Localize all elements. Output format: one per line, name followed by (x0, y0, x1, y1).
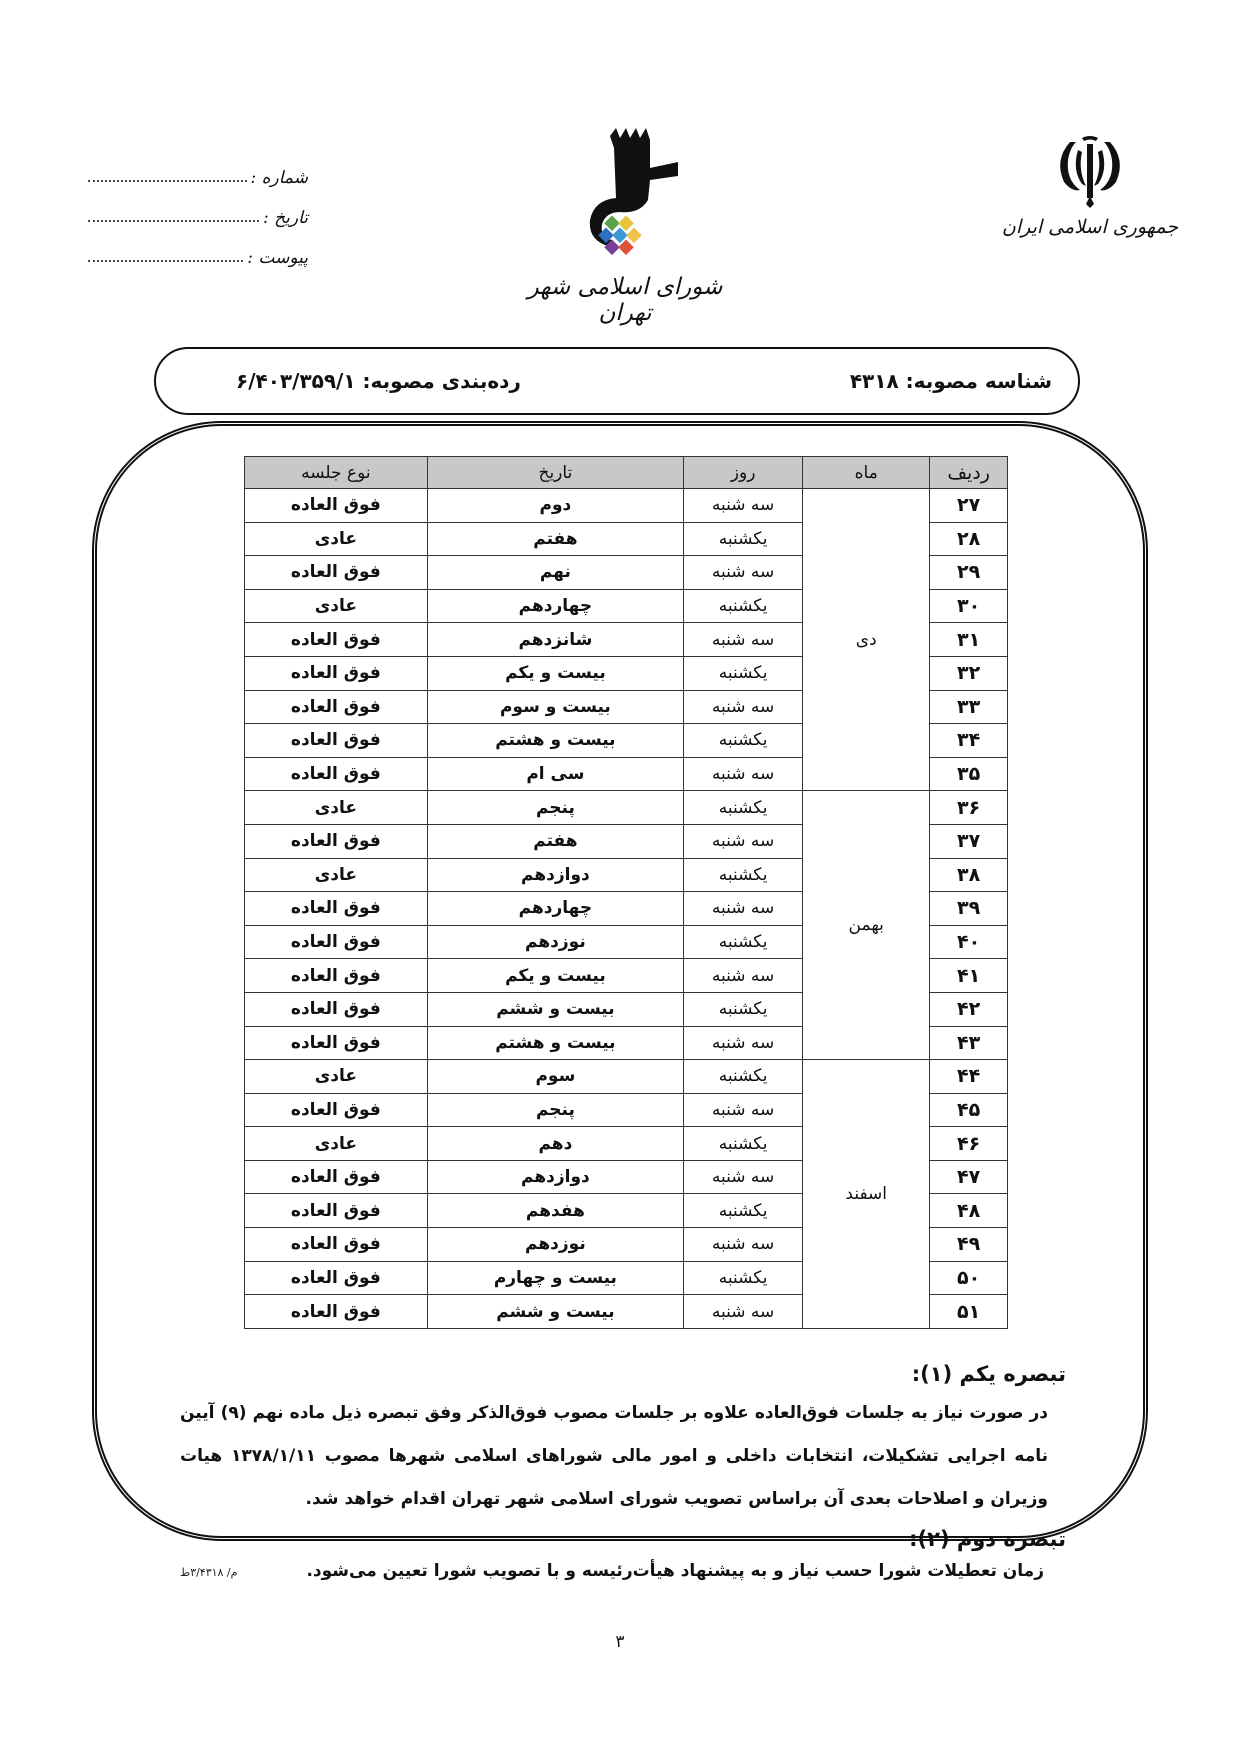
column-header-session-type: نوع جلسه (245, 457, 428, 489)
cell-day: یکشنبه (684, 1060, 803, 1094)
letter-number-field: شماره : (88, 148, 308, 188)
cell-day: یکشنبه (684, 522, 803, 556)
cell-day: یکشنبه (684, 1194, 803, 1228)
cell-date: بیست و هشتم (427, 724, 683, 758)
cell-session-type: فوق العاده (245, 1194, 428, 1228)
column-header-row-number: ردیف (930, 457, 1008, 489)
cell-row-number: ۳۹ (930, 892, 1008, 926)
cell-month: بهمن (803, 791, 930, 1060)
cell-day: سه شنبه (684, 892, 803, 926)
classification-label: رده‌بندی مصوبه: (363, 369, 521, 393)
tehran-council-logo: شورای اسلامی شهر تهران (520, 128, 730, 326)
resolution-classification: رده‌بندی مصوبه: ۶/۴۰۳/۳۵۹/۱ (236, 369, 521, 393)
cell-date: شانزدهم (427, 623, 683, 657)
table-row: ۴۴اسفندیکشنبهسومعادی (245, 1060, 1008, 1094)
cell-row-number: ۴۲ (930, 992, 1008, 1026)
cell-month: دی (803, 489, 930, 791)
resolution-id: شناسه مصوبه: ۴۳۱۸ (850, 369, 1052, 393)
letter-date-field: تاریخ : (88, 188, 308, 228)
cell-day: یکشنبه (684, 589, 803, 623)
cell-day: یکشنبه (684, 992, 803, 1026)
cell-date: پنجم (427, 791, 683, 825)
cell-month: اسفند (803, 1060, 930, 1329)
cell-row-number: ۴۰ (930, 925, 1008, 959)
cell-row-number: ۳۸ (930, 858, 1008, 892)
letter-meta-fields: شماره : تاریخ : پیوست : (88, 148, 308, 268)
note2-body: زمان تعطیلات شورا حسب نیاز و به پیشنهاد … (306, 1561, 1044, 1581)
dotted-line (88, 219, 259, 222)
cell-date: بیست و یکم (427, 959, 683, 993)
cell-date: سوم (427, 1060, 683, 1094)
cell-day: سه شنبه (684, 623, 803, 657)
cell-session-type: عادی (245, 1127, 428, 1161)
cell-session-type: فوق العاده (245, 757, 428, 791)
cell-date: هفتم (427, 824, 683, 858)
cell-session-type: فوق العاده (245, 623, 428, 657)
cell-date: بیست و هشتم (427, 1026, 683, 1060)
national-emblem: جمهوری اسلامی ایران (1000, 130, 1180, 238)
cell-date: پنجم (427, 1093, 683, 1127)
cell-day: یکشنبه (684, 791, 803, 825)
cell-date: دوازدهم (427, 1160, 683, 1194)
cell-session-type: فوق العاده (245, 1261, 428, 1295)
resolution-header: شناسه مصوبه: ۴۳۱۸ رده‌بندی مصوبه: ۶/۴۰۳/… (154, 347, 1080, 415)
emblem-caption: جمهوری اسلامی ایران (1000, 216, 1180, 238)
cell-row-number: ۳۳ (930, 690, 1008, 724)
cell-date: چهاردهم (427, 589, 683, 623)
cell-date: بیست و یکم (427, 656, 683, 690)
letter-attachment-label: پیوست : (243, 248, 308, 268)
cell-session-type: فوق العاده (245, 959, 428, 993)
column-header-date: تاریخ (427, 457, 683, 489)
cell-date: نهم (427, 556, 683, 590)
note2-line: زمان تعطیلات شورا حسب نیاز و به پیشنهاد … (180, 1561, 1044, 1581)
cell-date: دوم (427, 489, 683, 523)
table-body: ۲۷دیسه شنبهدومفوق العاده۲۸یکشنبههفتمعادی… (245, 489, 1008, 1329)
cell-date: بیست و ششم (427, 1295, 683, 1329)
session-schedule-table: ردیف ماه روز تاریخ نوع جلسه ۲۷دیسه شنبهد… (244, 456, 1008, 1329)
cell-day: سه شنبه (684, 556, 803, 590)
cell-date: هفدهم (427, 1194, 683, 1228)
reference-code: م/ ۳/۴۳۱۸ط (180, 1566, 237, 1579)
cell-row-number: ۴۹ (930, 1228, 1008, 1262)
cell-day: سه شنبه (684, 1160, 803, 1194)
cell-session-type: عادی (245, 1060, 428, 1094)
cell-day: یکشنبه (684, 724, 803, 758)
cell-day: یکشنبه (684, 1261, 803, 1295)
table-row: ۳۶بهمنیکشنبهپنجمعادی (245, 791, 1008, 825)
cell-session-type: فوق العاده (245, 992, 428, 1026)
cell-session-type: فوق العاده (245, 824, 428, 858)
cell-session-type: عادی (245, 791, 428, 825)
cell-row-number: ۴۷ (930, 1160, 1008, 1194)
cell-session-type: فوق العاده (245, 1026, 428, 1060)
cell-session-type: فوق العاده (245, 656, 428, 690)
cell-row-number: ۳۵ (930, 757, 1008, 791)
cell-row-number: ۲۹ (930, 556, 1008, 590)
cell-day: سه شنبه (684, 824, 803, 858)
cell-row-number: ۳۶ (930, 791, 1008, 825)
cell-date: دهم (427, 1127, 683, 1161)
cell-session-type: عادی (245, 589, 428, 623)
cell-session-type: فوق العاده (245, 1093, 428, 1127)
cell-session-type: فوق العاده (245, 1228, 428, 1262)
dotted-line (88, 259, 243, 262)
cell-row-number: ۳۲ (930, 656, 1008, 690)
council-calligraphy-icon (570, 128, 680, 268)
cell-date: دوازدهم (427, 858, 683, 892)
cell-date: سی ام (427, 757, 683, 791)
cell-row-number: ۳۷ (930, 824, 1008, 858)
cell-session-type: فوق العاده (245, 690, 428, 724)
cell-session-type: فوق العاده (245, 892, 428, 926)
cell-date: هفتم (427, 522, 683, 556)
cell-row-number: ۵۱ (930, 1295, 1008, 1329)
letter-number-label: شماره : (247, 168, 309, 188)
letter-attachment-field: پیوست : (88, 228, 308, 268)
cell-day: یکشنبه (684, 1127, 803, 1161)
cell-day: یکشنبه (684, 925, 803, 959)
column-header-day: روز (684, 457, 803, 489)
council-name: شورای اسلامی شهر تهران (520, 274, 730, 326)
cell-session-type: عادی (245, 522, 428, 556)
cell-day: سه شنبه (684, 1228, 803, 1262)
cell-row-number: ۴۵ (930, 1093, 1008, 1127)
cell-row-number: ۲۸ (930, 522, 1008, 556)
cell-day: سه شنبه (684, 1295, 803, 1329)
cell-day: سه شنبه (684, 757, 803, 791)
cell-date: چهاردهم (427, 892, 683, 926)
page-number: ۳ (0, 1632, 1240, 1652)
cell-row-number: ۳۰ (930, 589, 1008, 623)
dotted-line (88, 179, 247, 182)
resolution-id-label: شناسه مصوبه: (906, 369, 1052, 393)
table-header-row: ردیف ماه روز تاریخ نوع جلسه (245, 457, 1008, 489)
cell-day: سه شنبه (684, 959, 803, 993)
cell-day: یکشنبه (684, 858, 803, 892)
cell-session-type: فوق العاده (245, 489, 428, 523)
cell-day: سه شنبه (684, 489, 803, 523)
cell-row-number: ۴۶ (930, 1127, 1008, 1161)
cell-date: نوزدهم (427, 925, 683, 959)
iran-emblem-icon (1050, 130, 1130, 210)
resolution-id-value: ۴۳۱۸ (850, 369, 899, 393)
cell-day: سه شنبه (684, 690, 803, 724)
cell-row-number: ۴۳ (930, 1026, 1008, 1060)
cell-session-type: فوق العاده (245, 556, 428, 590)
cell-day: سه شنبه (684, 1093, 803, 1127)
cell-date: بیست و چهارم (427, 1261, 683, 1295)
cell-day: یکشنبه (684, 656, 803, 690)
cell-row-number: ۳۴ (930, 724, 1008, 758)
cell-session-type: فوق العاده (245, 1295, 428, 1329)
column-header-month: ماه (803, 457, 930, 489)
cell-date: نوزدهم (427, 1228, 683, 1262)
classification-value: ۶/۴۰۳/۳۵۹/۱ (236, 369, 356, 393)
letter-date-label: تاریخ : (259, 208, 308, 228)
note1-title: تبصره یکم (۱): (180, 1362, 1066, 1386)
cell-date: بیست و سوم (427, 690, 683, 724)
cell-session-type: فوق العاده (245, 925, 428, 959)
table-row: ۲۷دیسه شنبهدومفوق العاده (245, 489, 1008, 523)
cell-day: سه شنبه (684, 1026, 803, 1060)
cell-row-number: ۴۸ (930, 1194, 1008, 1228)
cell-session-type: عادی (245, 858, 428, 892)
cell-row-number: ۳۱ (930, 623, 1008, 657)
notes-section: تبصره یکم (۱): در صورت نیاز به جلسات فوق… (180, 1362, 1066, 1581)
cell-row-number: ۴۱ (930, 959, 1008, 993)
note1-body: در صورت نیاز به جلسات فوق‌العاده علاوه ب… (180, 1392, 1048, 1521)
cell-session-type: فوق العاده (245, 724, 428, 758)
cell-session-type: فوق العاده (245, 1160, 428, 1194)
cell-row-number: ۵۰ (930, 1261, 1008, 1295)
cell-date: بیست و ششم (427, 992, 683, 1026)
cell-row-number: ۲۷ (930, 489, 1008, 523)
note2-title: تبصره دوم (۲): (180, 1527, 1066, 1551)
cell-row-number: ۴۴ (930, 1060, 1008, 1094)
